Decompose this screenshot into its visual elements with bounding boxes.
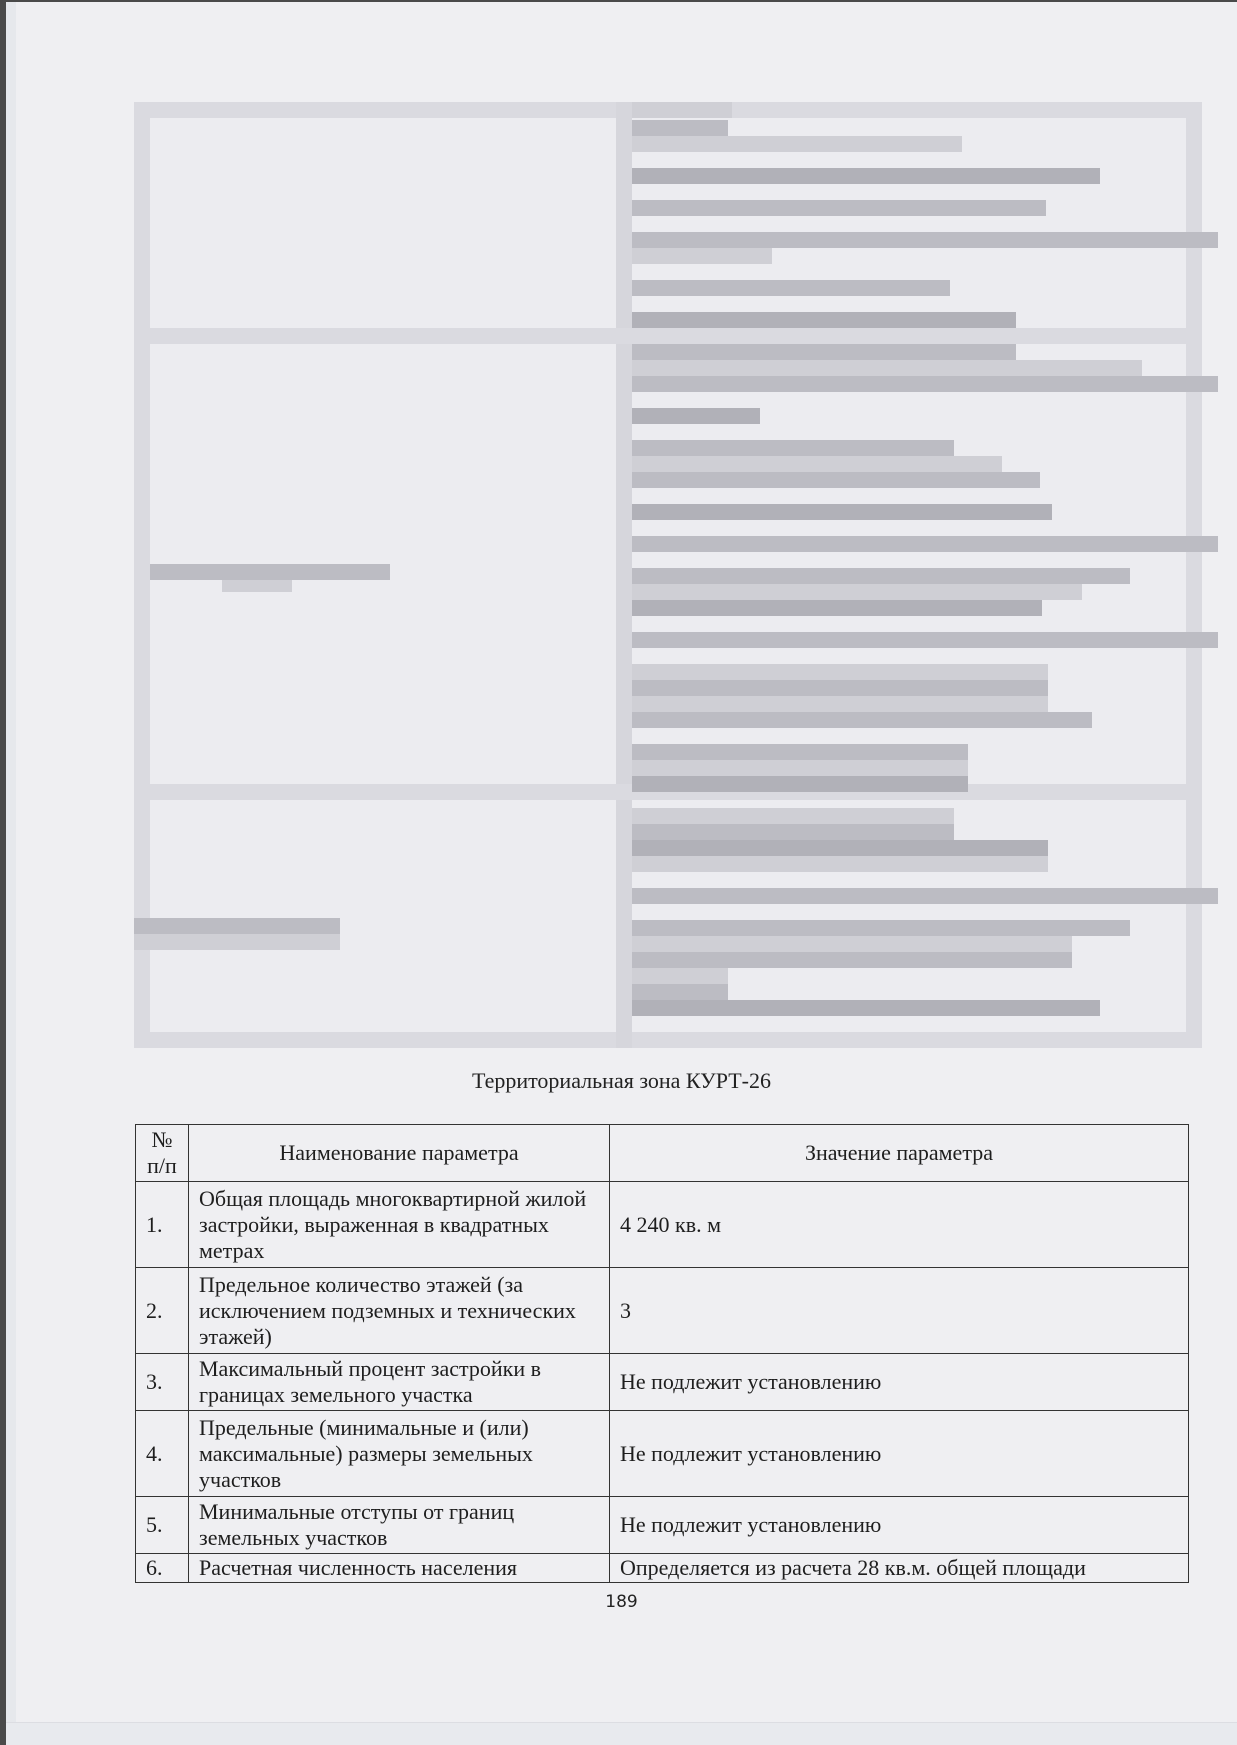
redacted-text [632,936,1072,952]
redacted-text [632,840,1048,856]
parameter-value: Определяется из расчета 28 кв.м. общей п… [610,1554,1189,1583]
redacted-text [632,120,728,136]
redacted-text [632,712,1092,728]
page-number: 189 [6,1592,1237,1612]
parameter-name: Расчетная численность населения [189,1554,610,1583]
table-row: 2. Предельное количество этажей (за искл… [136,1268,1189,1354]
table-row: 3. Максимальный процент застройки в гран… [136,1354,1189,1411]
parameter-name: Общая площадь многоквартирной жилой заст… [189,1182,610,1268]
redacted-text [632,408,760,424]
redacted-text [134,918,340,934]
redacted-text [632,568,1130,584]
redacted-text [134,934,340,950]
redacted-text [632,102,732,118]
redacted-column-divider [616,102,632,1048]
redacted-text [632,504,1052,520]
table-row: 5. Минимальные отступы от границ земельн… [136,1497,1189,1554]
redacted-table [134,102,1202,1048]
redacted-text [632,680,1048,696]
redacted-text [632,360,1142,376]
redacted-text [632,312,1016,328]
parameter-name: Предельные (минимальные и (или) максимал… [189,1411,610,1497]
page-bottom-edge [6,1722,1237,1745]
row-number: 2. [136,1268,189,1354]
parameter-value: Не подлежит установлению [610,1497,1189,1554]
redacted-text [632,472,1040,488]
redacted-text [632,888,1218,904]
parameters-table: № п/п Наименование параметра Значение па… [135,1124,1189,1583]
redacted-text [632,664,1048,680]
parameter-name: Минимальные отступы от границ земельных … [189,1497,610,1554]
parameter-name: Предельное количество этажей (за исключе… [189,1268,610,1354]
redacted-text [632,584,1082,600]
redacted-text [632,808,954,824]
redacted-text [632,920,1130,936]
row-number: 5. [136,1497,189,1554]
redacted-text [632,600,1042,616]
parameter-value: 3 [610,1268,1189,1354]
redacted-text [632,280,950,296]
parameter-value: Не подлежит установлению [610,1411,1189,1497]
redacted-text [632,632,1218,648]
header-parameter-value: Значение параметра [610,1125,1189,1182]
table-row: 1. Общая площадь многоквартирной жилой з… [136,1182,1189,1268]
redacted-text [632,136,962,152]
redacted-text [632,536,1218,552]
redacted-text [632,376,1218,392]
row-number: 6. [136,1554,189,1583]
redacted-text [632,744,968,760]
redacted-text [632,952,1072,968]
row-number: 3. [136,1354,189,1411]
redacted-row-divider [150,328,1186,344]
redacted-text [632,1000,1100,1016]
redacted-text [632,968,728,984]
row-number: 1. [136,1182,189,1268]
redacted-text [150,564,390,580]
redacted-text [632,696,1048,712]
page-edge [6,2,16,1745]
redacted-text [632,776,968,792]
redacted-text [632,248,772,264]
redacted-text [632,168,1100,184]
redacted-text [222,580,292,592]
table-header-row: № п/п Наименование параметра Значение па… [136,1125,1189,1182]
header-number: № п/п [136,1125,189,1182]
header-parameter-name: Наименование параметра [189,1125,610,1182]
parameter-value: 4 240 кв. м [610,1182,1189,1268]
redacted-text [632,856,1048,872]
redacted-text [632,824,954,840]
redacted-text [632,760,968,776]
redacted-text [632,200,1046,216]
redacted-text [632,456,1002,472]
redacted-text [632,984,728,1000]
parameter-name: Максимальный процент застройки в граница… [189,1354,610,1411]
table-row: 4. Предельные (минимальные и (или) макси… [136,1411,1189,1497]
redacted-text [632,344,1016,360]
table-row: 6. Расчетная численность населения Опред… [136,1554,1189,1583]
document-page: Территориальная зона КУРТ-26 № п/п Наиме… [6,2,1237,1745]
parameter-value: Не подлежит установлению [610,1354,1189,1411]
redacted-text [632,232,1218,248]
row-number: 4. [136,1411,189,1497]
table-caption: Территориальная зона КУРТ-26 [6,1068,1237,1094]
redacted-text [632,440,954,456]
